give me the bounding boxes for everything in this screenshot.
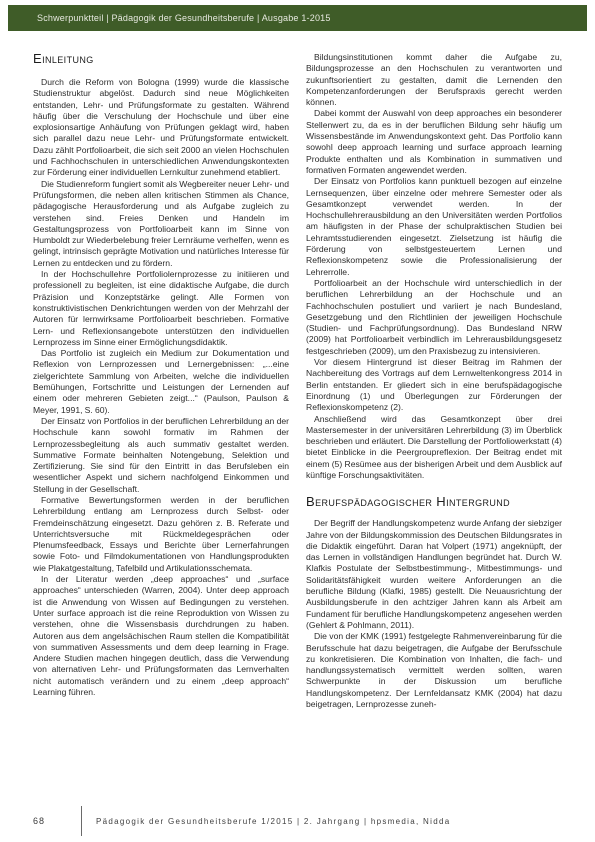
footer-journal-line: Pädagogik der Gesundheitsberufe 1/2015 |… [96,817,450,826]
paragraph: In der Hochschullehre Portfoliolernproze… [33,269,289,348]
column-right: Bildungsinstitutionen kommt daher die Au… [306,48,562,710]
paragraph: Die von der KMK (1991) festgelegte Rahme… [306,631,562,710]
paragraph: Die Studienreform fungiert somit als Weg… [33,179,289,269]
article-body: Einleitung Durch die Reform von Bologna … [33,48,562,710]
paragraph: In der Literatur werden „deep approaches… [33,574,289,698]
paragraph: Der Einsatz von Portfolios in der berufl… [33,416,289,495]
paragraph: Dabei kommt der Auswahl von deep approac… [306,108,562,176]
paragraph: Das Portfolio ist zugleich ein Medium zu… [33,348,289,416]
page-number: 68 [33,816,73,826]
paragraph: Portfolioarbeit an der Hochschule wird u… [306,278,562,357]
section-heading-einleitung: Einleitung [33,51,289,66]
section-heading-berufspaedagogischer-hintergrund: Berufspädagogischer Hintergrund [306,494,562,509]
paragraph: Anschließend wird das Gesamtkonzept über… [306,414,562,482]
header-band: Schwerpunktteil | Pädagogik der Gesundhe… [8,5,587,31]
paragraph: Der Einsatz von Portfolios kann punktuel… [306,176,562,278]
header-title: Schwerpunktteil | Pädagogik der Gesundhe… [8,13,331,23]
paragraph: Formative Bewertungsformen werden in der… [33,495,289,574]
footer: 68 Pädagogik der Gesundheitsberufe 1/201… [33,804,562,838]
paragraph: Bildungsinstitutionen kommt daher die Au… [306,52,562,108]
footer-divider [81,806,82,836]
column-left: Einleitung Durch die Reform von Bologna … [33,48,289,710]
paragraph: Der Begriff der Handlungskompetenz wurde… [306,518,562,631]
paragraph: Vor diesem Hintergrund ist dieser Beitra… [306,357,562,413]
journal-page: Schwerpunktteil | Pädagogik der Gesundhe… [0,0,595,842]
paragraph: Durch die Reform von Bologna (1999) wurd… [33,77,289,179]
